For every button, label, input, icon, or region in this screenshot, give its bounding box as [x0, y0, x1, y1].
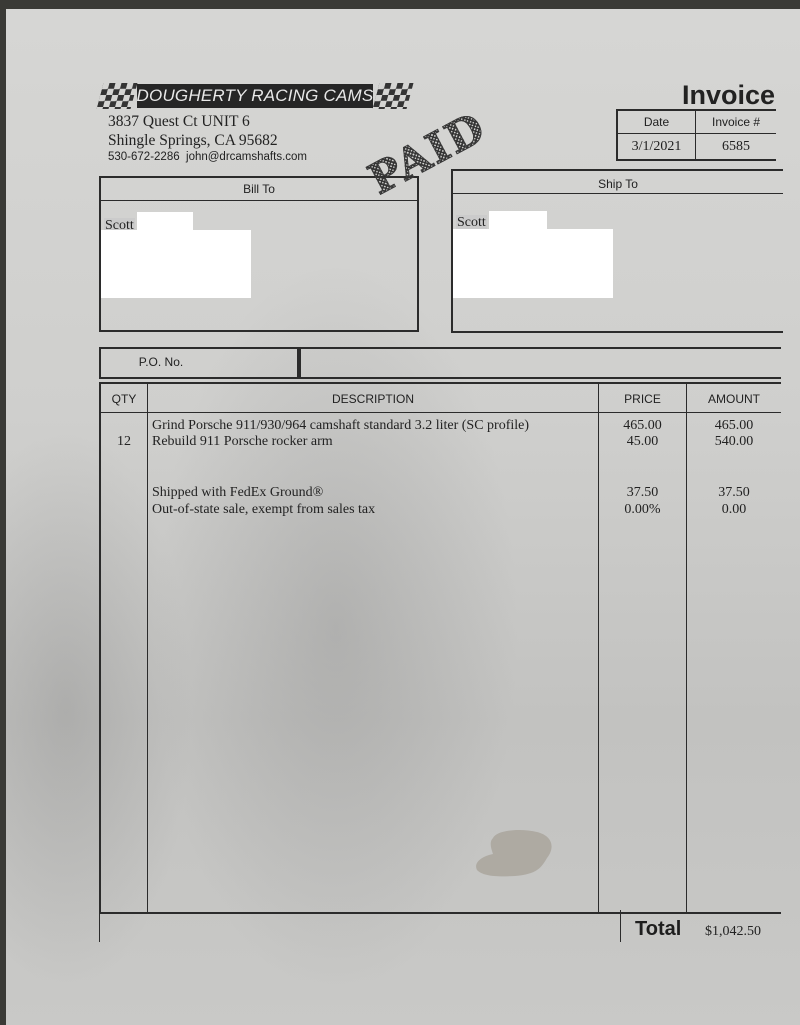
redaction: [453, 229, 613, 298]
row-description: Rebuild 911 Porsche rocker arm: [152, 434, 333, 450]
invoice-number-label: Invoice #: [696, 115, 776, 129]
company-address-line2: Shingle Springs, CA 95682: [108, 132, 278, 150]
company-phone: 530-672-2286: [108, 151, 180, 163]
company-name: DOUGHERTY RACING CAMS: [137, 86, 374, 106]
stain-mark: [475, 828, 555, 878]
header-qty: QTY: [101, 384, 147, 414]
redaction: [137, 212, 193, 230]
bill-to-box: Bill To Scott: [99, 176, 419, 332]
total-divider: [620, 910, 621, 942]
company-address-line1: 3837 Quest Ct UNIT 6: [108, 113, 250, 131]
po-value-field: [299, 347, 781, 379]
invoice-number: 6585: [696, 139, 776, 155]
row-price: 37.50: [599, 485, 686, 501]
ship-to-name: Scott: [456, 215, 487, 230]
row-price: 0.00%: [599, 502, 686, 518]
row-price: 45.00: [599, 434, 686, 450]
row-price: 465.00: [599, 418, 686, 434]
logo-banner: DOUGHERTY RACING CAMS: [137, 84, 374, 108]
ship-to-label: Ship To: [453, 177, 783, 191]
date-label: Date: [618, 115, 695, 129]
redaction: [101, 230, 251, 298]
invoice-date: 3/1/2021: [618, 139, 695, 155]
total-label: Total: [635, 918, 681, 941]
row-amount: 465.00: [687, 418, 781, 434]
row-qty: 12: [101, 434, 147, 450]
redaction: [489, 211, 547, 229]
header-price: PRICE: [599, 384, 686, 414]
row-amount: 540.00: [687, 434, 781, 450]
company-contact: 530-672-2286 john@drcamshafts.com: [108, 151, 307, 163]
row-description: Shipped with FedEx Ground®: [152, 485, 323, 501]
line-items-table: QTY DESCRIPTION PRICE AMOUNT Grind Porsc…: [99, 382, 781, 914]
invoice-meta-box: Date Invoice # 3/1/2021 6585: [616, 109, 776, 161]
row-description: Grind Porsche 911/930/964 camshaft stand…: [152, 418, 529, 434]
po-box: P.O. No.: [99, 347, 299, 379]
checkered-flag-right-icon: [373, 83, 414, 109]
invoice-title: Invoice: [682, 80, 775, 111]
row-amount: 37.50: [687, 485, 781, 501]
header-description: DESCRIPTION: [148, 384, 598, 414]
row-description: Out-of-state sale, exempt from sales tax: [152, 502, 375, 518]
company-logo: DOUGHERTY RACING CAMS: [100, 82, 410, 110]
row-amount: 0.00: [687, 502, 781, 518]
total-value: $1,042.50: [705, 924, 761, 940]
header-amount: AMOUNT: [687, 384, 781, 414]
po-label: P.O. No.: [101, 355, 221, 369]
company-email: john@drcamshafts.com: [186, 151, 307, 163]
checkered-flag-left-icon: [97, 83, 138, 109]
bill-to-label: Bill To: [101, 182, 417, 196]
table-border: [99, 910, 100, 942]
ship-to-box: Ship To Scott: [451, 169, 783, 333]
